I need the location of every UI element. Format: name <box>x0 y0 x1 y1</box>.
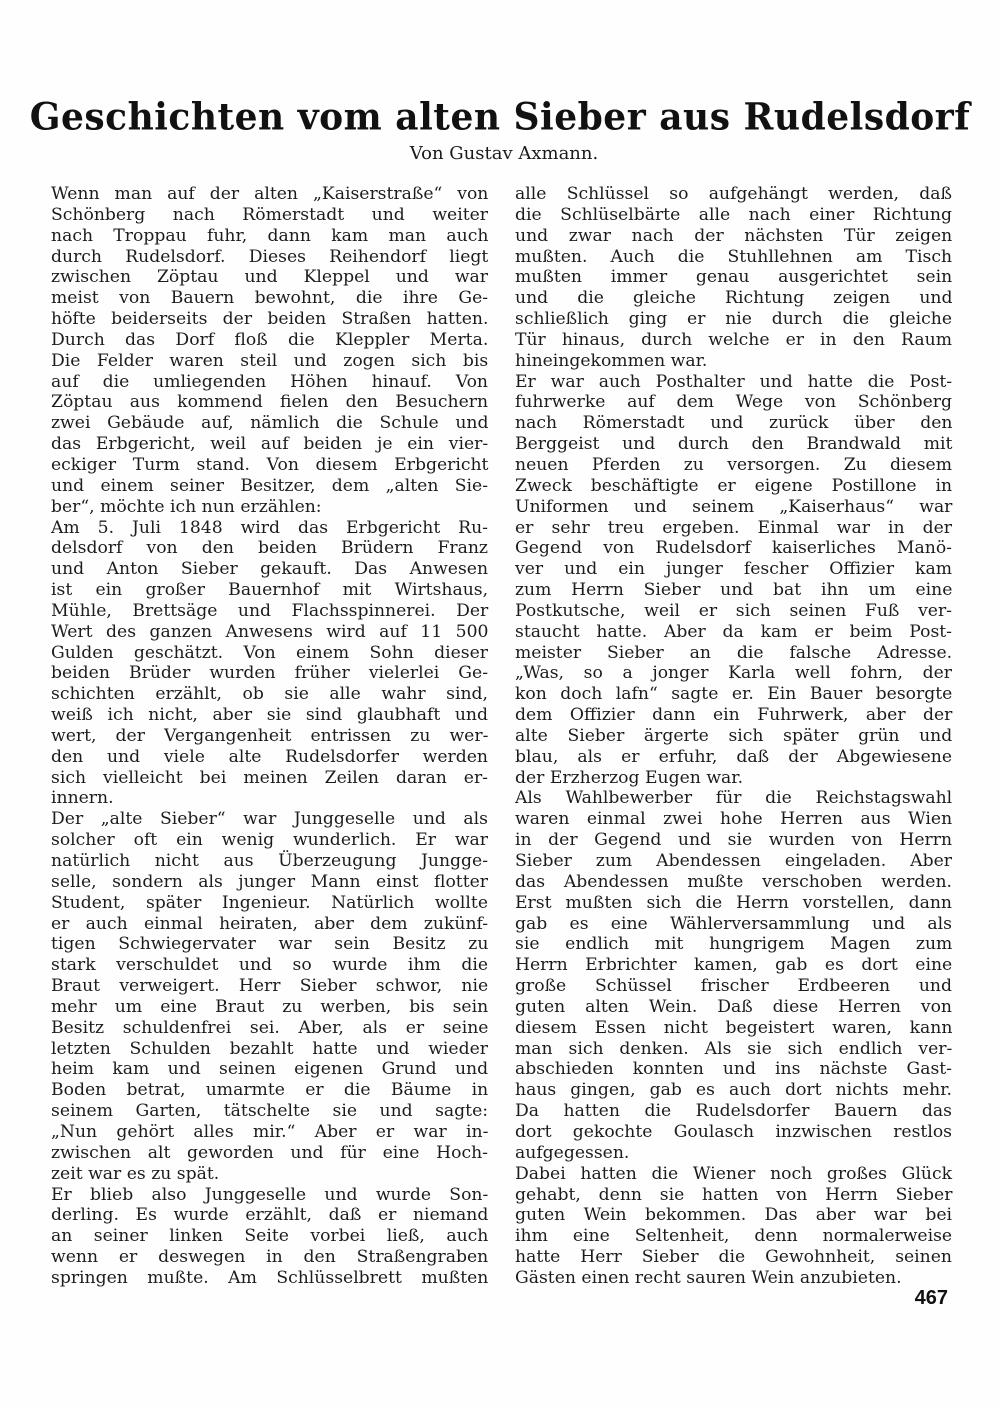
text-line: man sich denken. Als sie sich endlich ve… <box>515 1039 952 1060</box>
text-line: Durch das Dorf floß die Kleppler Merta. <box>51 330 488 351</box>
text-line: Braut verweigert. Herr Sieber schwor, ni… <box>51 976 488 997</box>
text-line: Die Felder waren steil und zogen sich bi… <box>51 351 488 372</box>
text-line: meist von Bauern bewohnt, die ihre Ge- <box>51 288 488 309</box>
text-line: zum Herrn Sieber und bat ihn um eine <box>515 580 952 601</box>
right-text-column: alle Schlüssel so aufgehängt werden, daß… <box>515 184 952 1289</box>
text-line: fuhrwerke auf dem Wege von Schönberg <box>515 392 952 413</box>
text-line: auf die umliegenden Höhen hinauf. Von <box>51 372 488 393</box>
text-line: guten Wein bekommen. Das aber war bei <box>515 1205 952 1226</box>
text-line: und einem seiner Besitzer, dem „alten Si… <box>51 476 488 497</box>
text-line: kon doch lafn“ sagte er. Ein Bauer besor… <box>515 684 952 705</box>
text-line: gab es eine Wählerversammlung und als <box>515 914 952 935</box>
text-line: Postkutsche, weil er sich seinen Fuß ver… <box>515 601 952 622</box>
text-line: Sieber zum Abendessen eingeladen. Aber <box>515 851 952 872</box>
text-line: er auch einmal heiraten, aber dem zukünf… <box>51 914 488 935</box>
document-page: Geschichten vom alten Sieber aus Rudelsd… <box>0 0 1000 1409</box>
text-line: haus gingen, gab es auch dort nichts meh… <box>515 1080 952 1101</box>
text-line: sie endlich mit hungrigem Magen zum <box>515 934 952 955</box>
text-line: springen mußte. Am Schlüsselbrett mußten <box>51 1268 488 1289</box>
text-line: solcher oft ein wenig wunderlich. Er war <box>51 830 488 851</box>
text-line: Da hatten die Rudelsdorfer Bauern das <box>515 1101 952 1122</box>
text-line: schichten erzählt, ob sie alle wahr sind… <box>51 684 488 705</box>
text-line: weiß ich nicht, aber sie sind glaubhaft … <box>51 705 488 726</box>
text-line: Am 5. Juli 1848 wird das Erbgericht Ru- <box>51 518 488 539</box>
text-line: sich vielleicht bei meinen Zeilen daran … <box>51 768 488 789</box>
text-line: Mühle, Brettsäge und Flachsspinnerei. De… <box>51 601 488 622</box>
text-line: hineingekommen war. <box>515 351 952 372</box>
text-line: ver und ein junger fescher Offizier kam <box>515 559 952 580</box>
text-line: mußten immer genau ausgerichtet sein <box>515 267 952 288</box>
text-line: und Anton Sieber gekauft. Das Anwesen <box>51 559 488 580</box>
text-line: Berggeist und durch den Brandwald mit <box>515 434 952 455</box>
text-line: Boden betrat, umarmte er die Bäume in <box>51 1080 488 1101</box>
text-line: beiden Brüder wurden früher vielerlei Ge… <box>51 663 488 684</box>
text-line: wert, der Vergangenheit entrissen zu wer… <box>51 726 488 747</box>
text-line: an seiner linken Seite vorbei ließ, auch <box>51 1226 488 1247</box>
text-line: Erst mußten sich die Herrn vorstellen, d… <box>515 893 952 914</box>
text-line: tigen Schwiegervater war sein Besitz zu <box>51 934 488 955</box>
text-line: zeit war es zu spät. <box>51 1164 488 1185</box>
text-line: zwischen Zöptau und Kleppel und war <box>51 267 488 288</box>
text-line: Zöptau aus kommend fielen den Besuchern <box>51 392 488 413</box>
text-line: hatte Herr Sieber die Gewohnheit, seinen <box>515 1247 952 1268</box>
text-line: Gulden geschätzt. Von einem Sohn dieser <box>51 643 488 664</box>
text-line: „Was, so a jonger Karla well fohrn, der <box>515 663 952 684</box>
text-line: höfte beiderseits der beiden Straßen hat… <box>51 309 488 330</box>
author-byline: Von Gustav Axmann. <box>0 143 1000 164</box>
text-line: abschieden konnten und ins nächste Gast- <box>515 1059 952 1080</box>
text-line: dort gekochte Goulasch inzwischen restlo… <box>515 1122 952 1143</box>
text-line: blau, als er erfuhr, daß der Abgewiesene <box>515 747 952 768</box>
text-line: waren einmal zwei hohe Herren aus Wien <box>515 809 952 830</box>
text-line: der Erzherzog Eugen war. <box>515 768 952 789</box>
text-line: Wenn man auf der alten „Kaiserstraße“ vo… <box>51 184 488 205</box>
text-line: das Abendessen mußte verschoben werden. <box>515 872 952 893</box>
text-line: Zweck beschäftigte er eigene Postillone … <box>515 476 952 497</box>
article-title: Geschichten vom alten Sieber aus Rudelsd… <box>0 95 1000 139</box>
text-line: meister Sieber an die falsche Adresse. <box>515 643 952 664</box>
text-line: durch Rudelsdorf. Dieses Reihendorf lieg… <box>51 247 488 268</box>
text-line: seinem Garten, tätschelte sie und sagte: <box>51 1101 488 1122</box>
text-line: gehabt, denn sie hatten von Herrn Sieber <box>515 1185 952 1206</box>
text-line: die Schlüselbärte alle nach einer Richtu… <box>515 205 952 226</box>
text-line: und zwar nach der nächsten Tür zeigen <box>515 226 952 247</box>
text-line: guten alten Wein. Daß diese Herren von <box>515 997 952 1018</box>
text-line: Er war auch Posthalter und hatte die Pos… <box>515 372 952 393</box>
text-line: große Schüssel frischer Erdbeeren und <box>515 976 952 997</box>
text-line: mehr um eine Braut zu werben, bis sein <box>51 997 488 1018</box>
page-number: 467 <box>880 1287 948 1310</box>
text-line: letzten Schulden bezahlt hatte und wiede… <box>51 1039 488 1060</box>
text-line: „Nun gehört alles mir.“ Aber er war in- <box>51 1122 488 1143</box>
text-line: schließlich ging er nie durch die gleich… <box>515 309 952 330</box>
text-line: neuen Pferden zu versorgen. Zu diesem <box>515 455 952 476</box>
text-line: stark verschuldet und so wurde ihm die <box>51 955 488 976</box>
text-line: Herrn Erbrichter kamen, gab es dort eine <box>515 955 952 976</box>
text-line: Als Wahlbewerber für die Reichstagswahl <box>515 788 952 809</box>
text-line: dem Offizier dann ein Fuhrwerk, aber der <box>515 705 952 726</box>
text-line: ihm eine Seltenheit, denn normalerweise <box>515 1226 952 1247</box>
text-line: Dabei hatten die Wiener noch großes Glüc… <box>515 1164 952 1185</box>
text-line: eckiger Turm stand. Von diesem Erbgerich… <box>51 455 488 476</box>
text-line: Der „alte Sieber“ war Junggeselle und al… <box>51 809 488 830</box>
text-line: und die gleiche Richtung zeigen und <box>515 288 952 309</box>
text-line: Tür hinaus, durch welche er in den Raum <box>515 330 952 351</box>
text-line: nach Troppau fuhr, dann kam man auch <box>51 226 488 247</box>
text-line: das Erbgericht, weil auf beiden je ein v… <box>51 434 488 455</box>
text-line: natürlich nicht aus Überzeugung Jungge- <box>51 851 488 872</box>
text-line: alte Sieber ärgerte sich später grün und <box>515 726 952 747</box>
text-line: delsdorf von den beiden Brüdern Franz <box>51 538 488 559</box>
text-line: zwischen alt geworden und für eine Hoch- <box>51 1143 488 1164</box>
text-line: Besitz schuldenfrei sei. Aber, als er se… <box>51 1018 488 1039</box>
text-line: Er blieb also Junggeselle und wurde Son- <box>51 1185 488 1206</box>
text-line: alle Schlüssel so aufgehängt werden, daß <box>515 184 952 205</box>
text-line: Student, später Ingenieur. Natürlich wol… <box>51 893 488 914</box>
text-line: Uniformen und seinem „Kaiserhaus“ war <box>515 497 952 518</box>
text-line: aufgegessen. <box>515 1143 952 1164</box>
text-line: Gästen einen recht sauren Wein anzubiete… <box>515 1268 952 1289</box>
text-line: nach Römerstadt und zurück über den <box>515 413 952 434</box>
text-line: den und viele alte Rudelsdorfer werden <box>51 747 488 768</box>
text-line: er sehr treu ergeben. Einmal war in der <box>515 518 952 539</box>
left-text-column: Wenn man auf der alten „Kaiserstraße“ vo… <box>51 184 488 1289</box>
text-line: derling. Es wurde erzählt, daß er nieman… <box>51 1205 488 1226</box>
text-line: mußten. Auch die Stuhllehnen am Tisch <box>515 247 952 268</box>
text-line: ist ein großer Bauernhof mit Wirtshaus, <box>51 580 488 601</box>
text-line: selle, sondern als junger Mann einst flo… <box>51 872 488 893</box>
text-line: innern. <box>51 788 488 809</box>
text-line: Wert des ganzen Anwesens wird auf 11 500 <box>51 622 488 643</box>
text-line: heim kam und seinen eigenen Grund und <box>51 1059 488 1080</box>
text-line: Schönberg nach Römerstadt und weiter <box>51 205 488 226</box>
text-line: ber“, möchte ich nun erzählen: <box>51 497 488 518</box>
text-line: zwei Gebäude auf, nämlich die Schule und <box>51 413 488 434</box>
text-line: diesem Essen nicht begeistert waren, kan… <box>515 1018 952 1039</box>
text-line: staucht hatte. Aber da kam er beim Post- <box>515 622 952 643</box>
text-line: wenn er deswegen in den Straßengraben <box>51 1247 488 1268</box>
text-line: in der Gegend und sie wurden von Herrn <box>515 830 952 851</box>
text-line: Gegend von Rudelsdorf kaiserliches Manö- <box>515 538 952 559</box>
